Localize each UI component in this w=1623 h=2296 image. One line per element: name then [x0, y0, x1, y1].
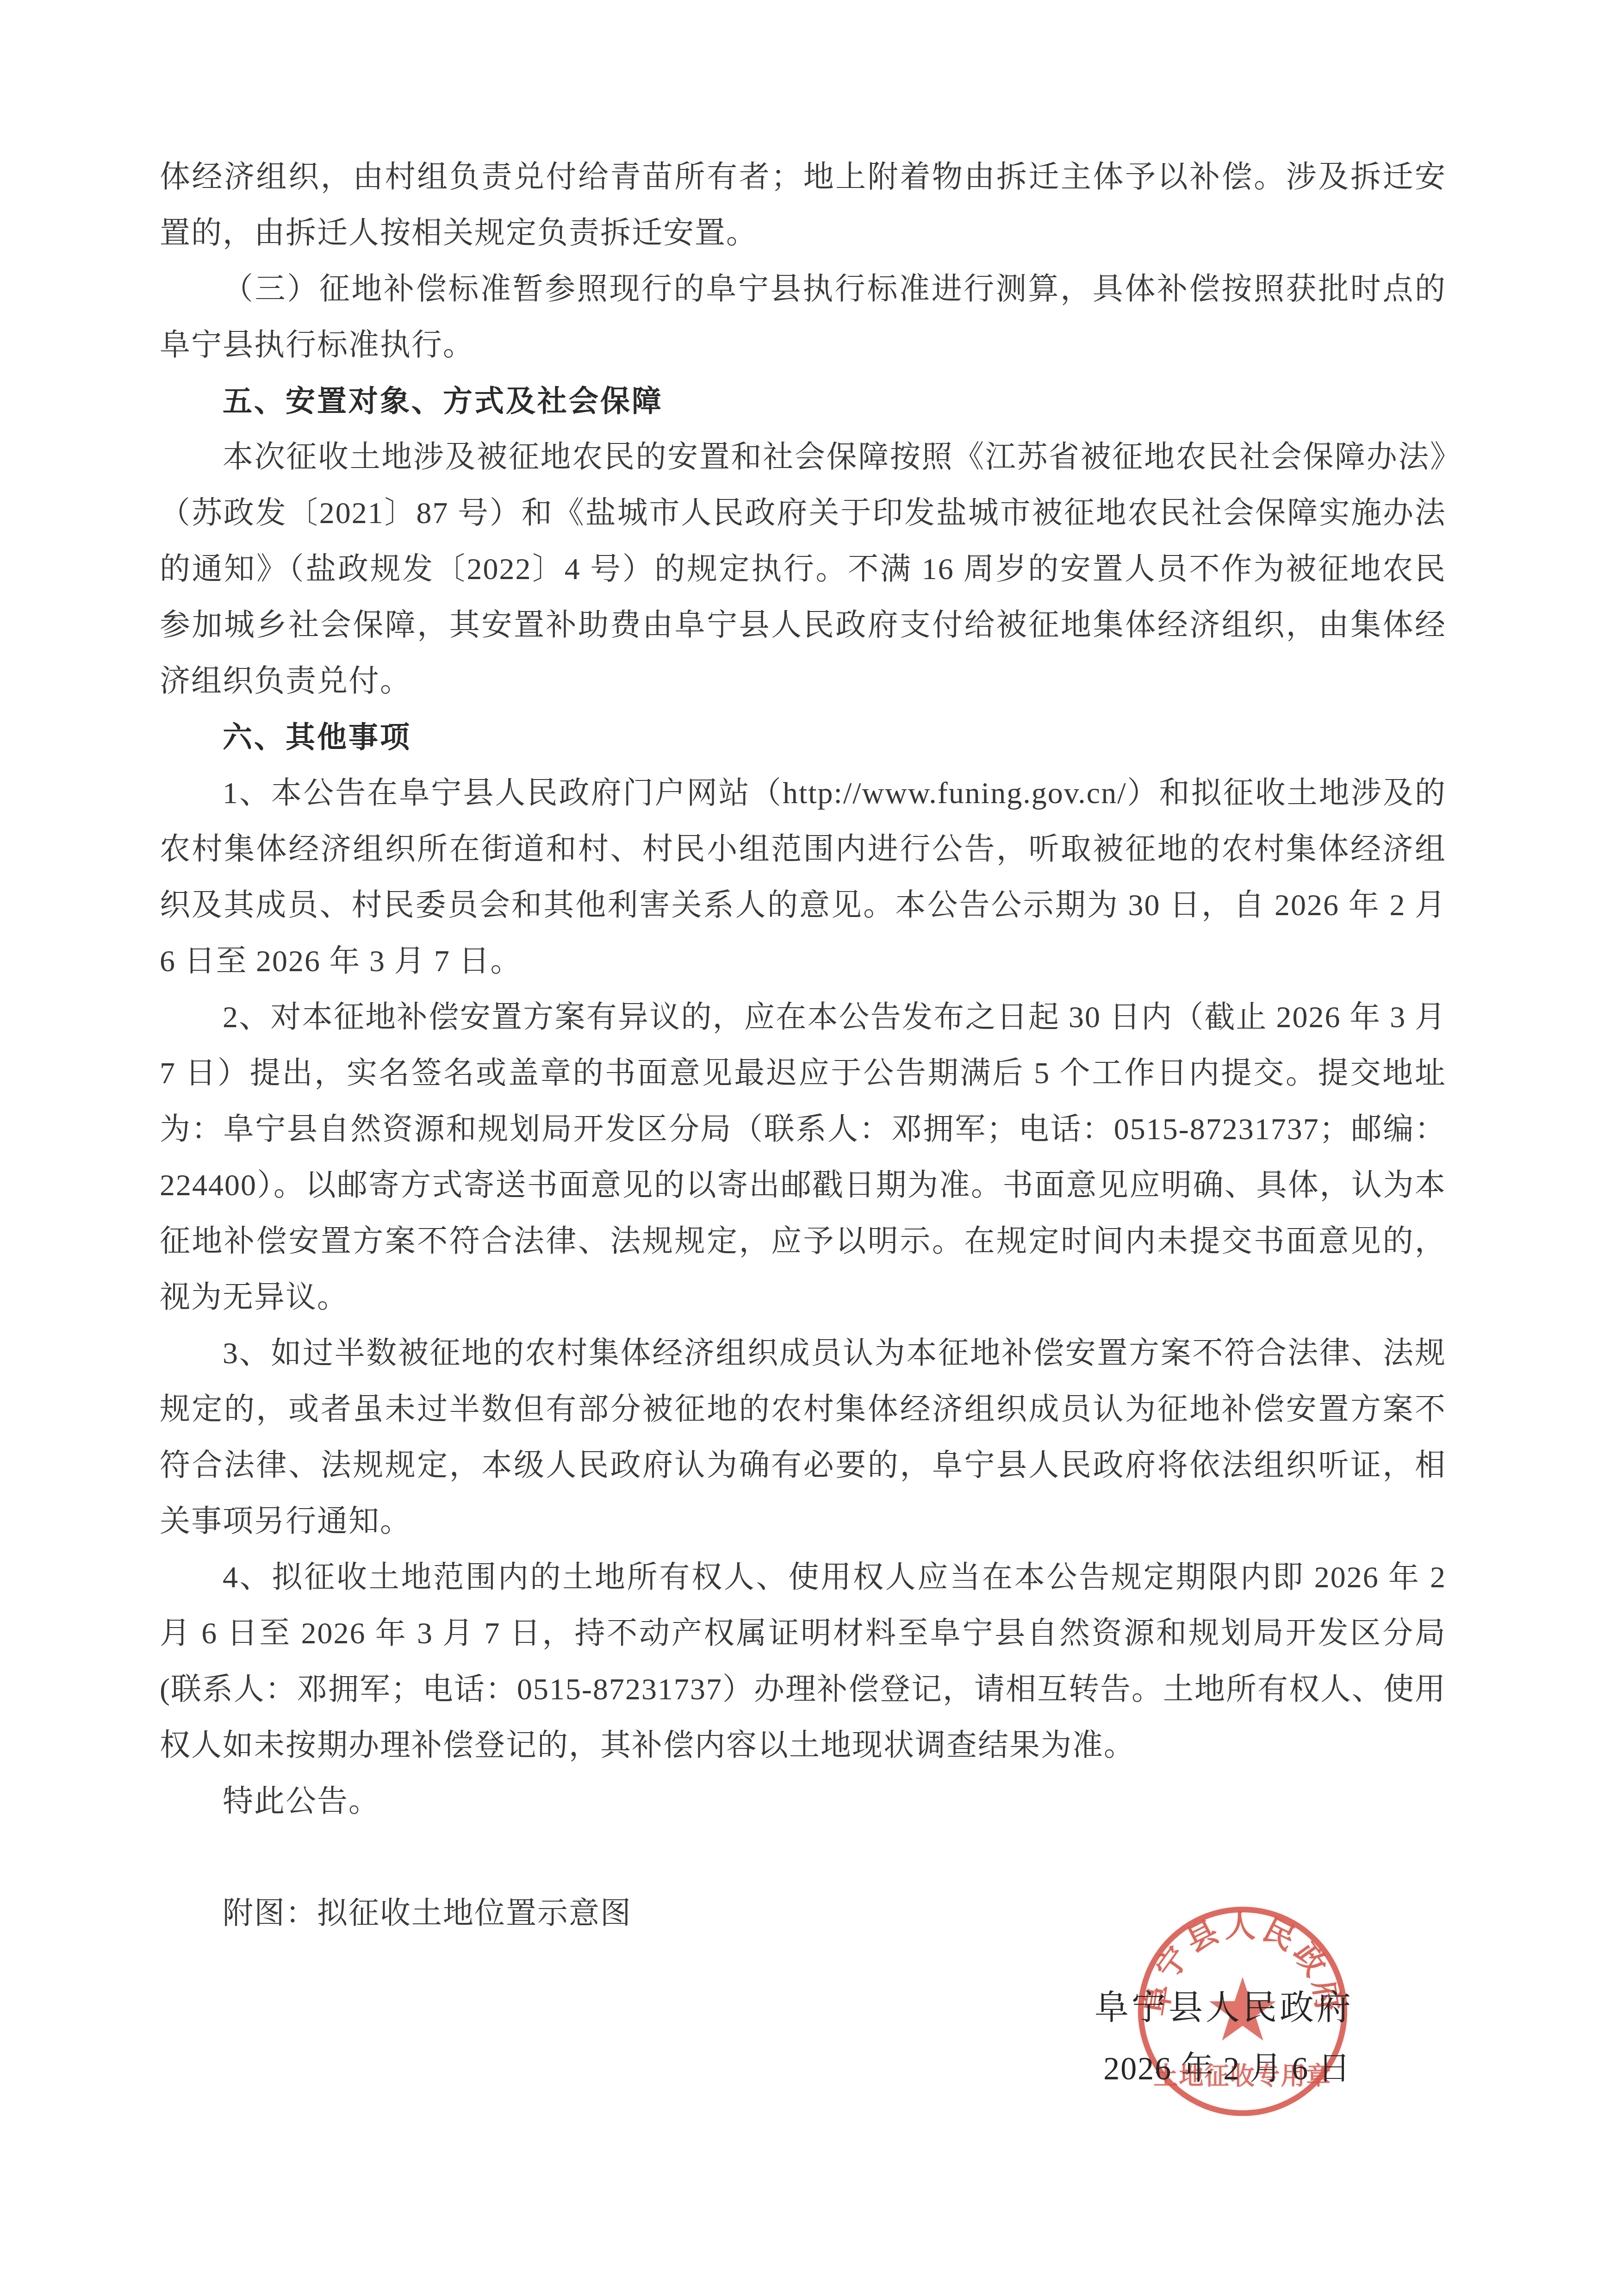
paragraph-closing: 特此公告。	[160, 1773, 1446, 1829]
paragraph-section-5: 本次征收土地涉及被征地农民的安置和社会保障按照《江苏省被征地农民社会保障办法》（…	[160, 429, 1446, 709]
section-5-heading: 五、安置对象、方式及社会保障	[160, 373, 1446, 429]
signature-date: 2026 年 2 月 6 日	[1040, 2042, 1415, 2096]
paragraph-item-three: （三）征地补偿标准暂参照现行的阜宁县执行标准进行测算，具体补偿按照获批时点的阜宁…	[160, 261, 1446, 373]
paragraph-other-item-4: 4、拟征收土地范围内的土地所有权人、使用权人应当在本公告规定期限内即 2026 …	[160, 1549, 1446, 1773]
announcement-page: 体经济组织，由村组负责兑付给青苗所有者；地上附着物由拆迁主体予以补偿。涉及拆迁安…	[0, 0, 1623, 2296]
body-text: 体经济组织，由村组负责兑付给青苗所有者；地上附着物由拆迁主体予以补偿。涉及拆迁安…	[160, 149, 1446, 1941]
paragraph-other-item-3: 3、如过半数被征地的农村集体经济组织成员认为本征地补偿安置方案不符合法律、法规规…	[160, 1325, 1446, 1549]
paragraph-continuation: 体经济组织，由村组负责兑付给青苗所有者；地上附着物由拆迁主体予以补偿。涉及拆迁安…	[160, 149, 1446, 261]
paragraph-other-item-2: 2、对本征地补偿安置方案有异议的，应在本公告发布之日起 30 日内（截止 202…	[160, 989, 1446, 1325]
section-6-heading: 六、其他事项	[160, 709, 1446, 765]
paragraph-other-item-1: 1、本公告在阜宁县人民政府门户网站（http://www.funing.gov.…	[160, 765, 1446, 989]
signature-authority: 阜宁县人民政府	[1037, 1980, 1412, 2036]
